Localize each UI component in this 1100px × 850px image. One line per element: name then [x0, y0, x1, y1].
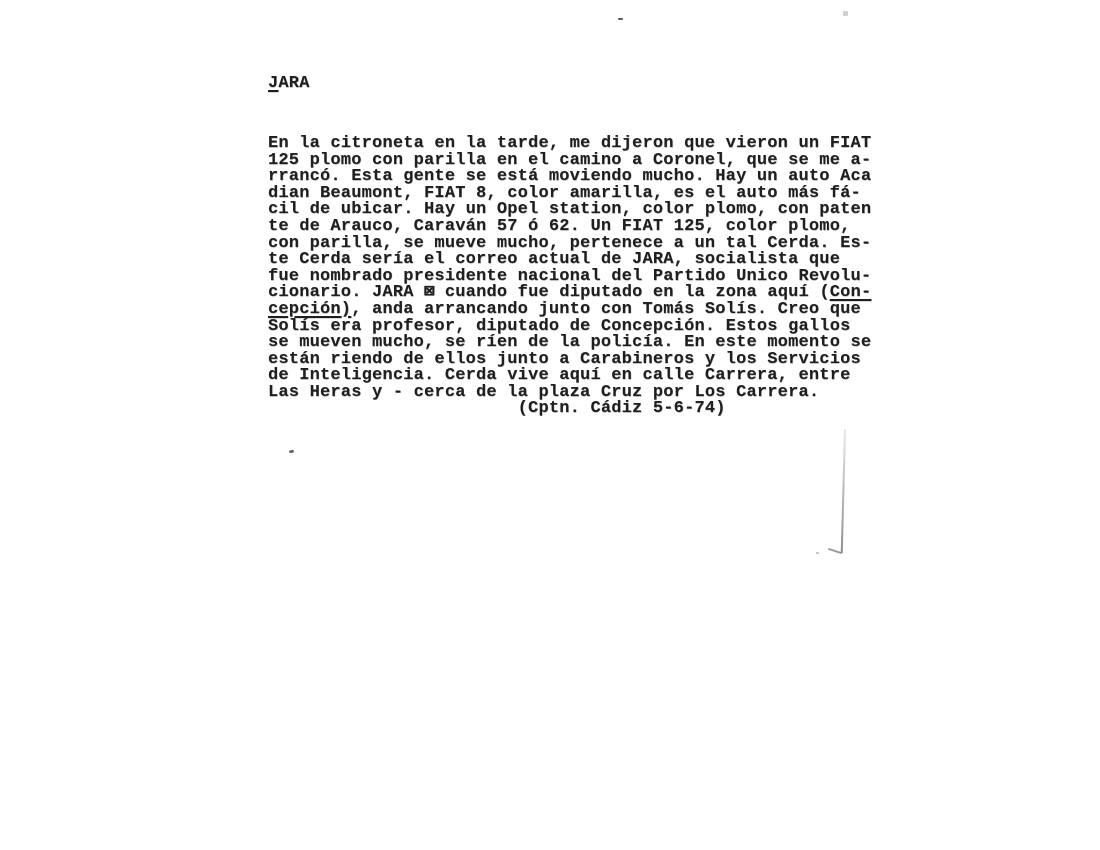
document-body: En la citroneta en la tarde, me dijeron … [268, 136, 871, 418]
document-title: JARA [268, 76, 871, 93]
scan-artifact-speck [618, 18, 623, 20]
scan-artifact-speck [816, 552, 819, 554]
underlined-text-segment: J [268, 74, 278, 93]
typewritten-text-block: JARA En la citroneta en la tarde, me dij… [268, 43, 871, 435]
text-segment: ARA [278, 74, 309, 93]
text-segment: (Cptn. Cádiz 5-6-74) [268, 399, 726, 418]
scan-artifact-speck [289, 450, 294, 454]
scan-artifact-hairline [841, 429, 846, 553]
text-line: (Cptn. Cádiz 5-6-74) [268, 401, 871, 418]
scan-artifact-hairline-hook [828, 548, 842, 554]
scan-artifact-speck [843, 11, 848, 16]
